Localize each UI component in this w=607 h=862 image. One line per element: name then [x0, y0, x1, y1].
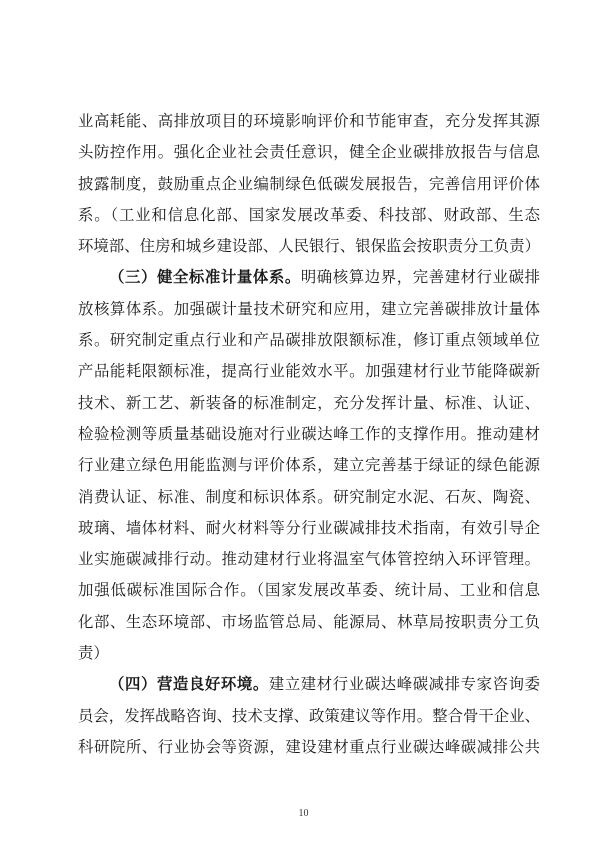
text-line: 业实施碳减排行动。推动建材行业将温室气体管控纳入环评管理。: [78, 544, 540, 575]
text-line: 员会，发挥战略咨询、技术支撑、政策建议等作用。整合骨干企业、: [78, 701, 540, 732]
text-line: 消费认证、标准、制度和标识体系。研究制定水泥、石灰、陶瓷、: [78, 482, 540, 513]
body-text: 业高耗能、高排放项目的环境影响评价和节能审查，充分发挥其源 头防控作用。强化企业…: [78, 106, 540, 763]
text-line: 技术、新工艺、新装备的标准制定，充分发挥计量、标准、认证、: [78, 388, 540, 419]
text-line: 科研院所、行业协会等资源，建设建材重点行业碳达峰碳减排公共: [78, 732, 540, 763]
section-text: 明确核算边界，完善建材行业碳排: [301, 268, 540, 286]
text-line: 系。研究制定重点行业和产品碳排放限额标准，修订重点领域单位: [78, 325, 540, 356]
section-heading-3: （三）健全标准计量体系。: [109, 268, 301, 286]
text-line: 放核算体系。加强碳计量技术研究和应用，建立完善碳排放计量体: [78, 294, 540, 325]
section-text: 建立建材行业碳达峰碳减排专家咨询委: [269, 675, 540, 693]
text-line: 头防控作用。强化企业社会责任意识，健全企业碳排放报告与信息: [78, 137, 540, 168]
text-line: 业高耗能、高排放项目的环境影响评价和节能审查，充分发挥其源: [78, 106, 540, 137]
page-number: 10: [0, 808, 607, 819]
section-heading-line: （四）营造良好环境。建立建材行业碳达峰碳减排专家咨询委: [78, 669, 540, 700]
text-line: 化部、生态环境部、市场监管总局、能源局、林草局按职责分工负: [78, 607, 540, 638]
text-line: 玻璃、墙体材料、耐火材料等分行业碳减排技术指南，有效引导企: [78, 513, 540, 544]
text-line: 系。（工业和信息化部、国家发展改革委、科技部、财政部、生态: [78, 200, 540, 231]
text-line: 行业建立绿色用能监测与评价体系，建立完善基于绿证的绿色能源: [78, 450, 540, 481]
text-line: 产品能耗限额标准，提高行业能效水平。加强建材行业节能降碳新: [78, 356, 540, 387]
text-line: 检验检测等质量基础设施对行业碳达峰工作的支撑作用。推动建材: [78, 419, 540, 450]
text-line: 披露制度，鼓励重点企业编制绿色低碳发展报告，完善信用评价体: [78, 169, 540, 200]
section-heading-line: （三）健全标准计量体系。明确核算边界，完善建材行业碳排: [78, 262, 540, 293]
document-page: 业高耗能、高排放项目的环境影响评价和节能审查，充分发挥其源 头防控作用。强化企业…: [0, 0, 607, 862]
text-line: 责）: [78, 638, 540, 669]
section-heading-4: （四）营造良好环境。: [109, 675, 269, 693]
text-line: 环境部、住房和城乡建设部、人民银行、银保监会按职责分工负责）: [78, 231, 540, 262]
text-line: 加强低碳标准国际合作。（国家发展改革委、统计局、工业和信息: [78, 575, 540, 606]
